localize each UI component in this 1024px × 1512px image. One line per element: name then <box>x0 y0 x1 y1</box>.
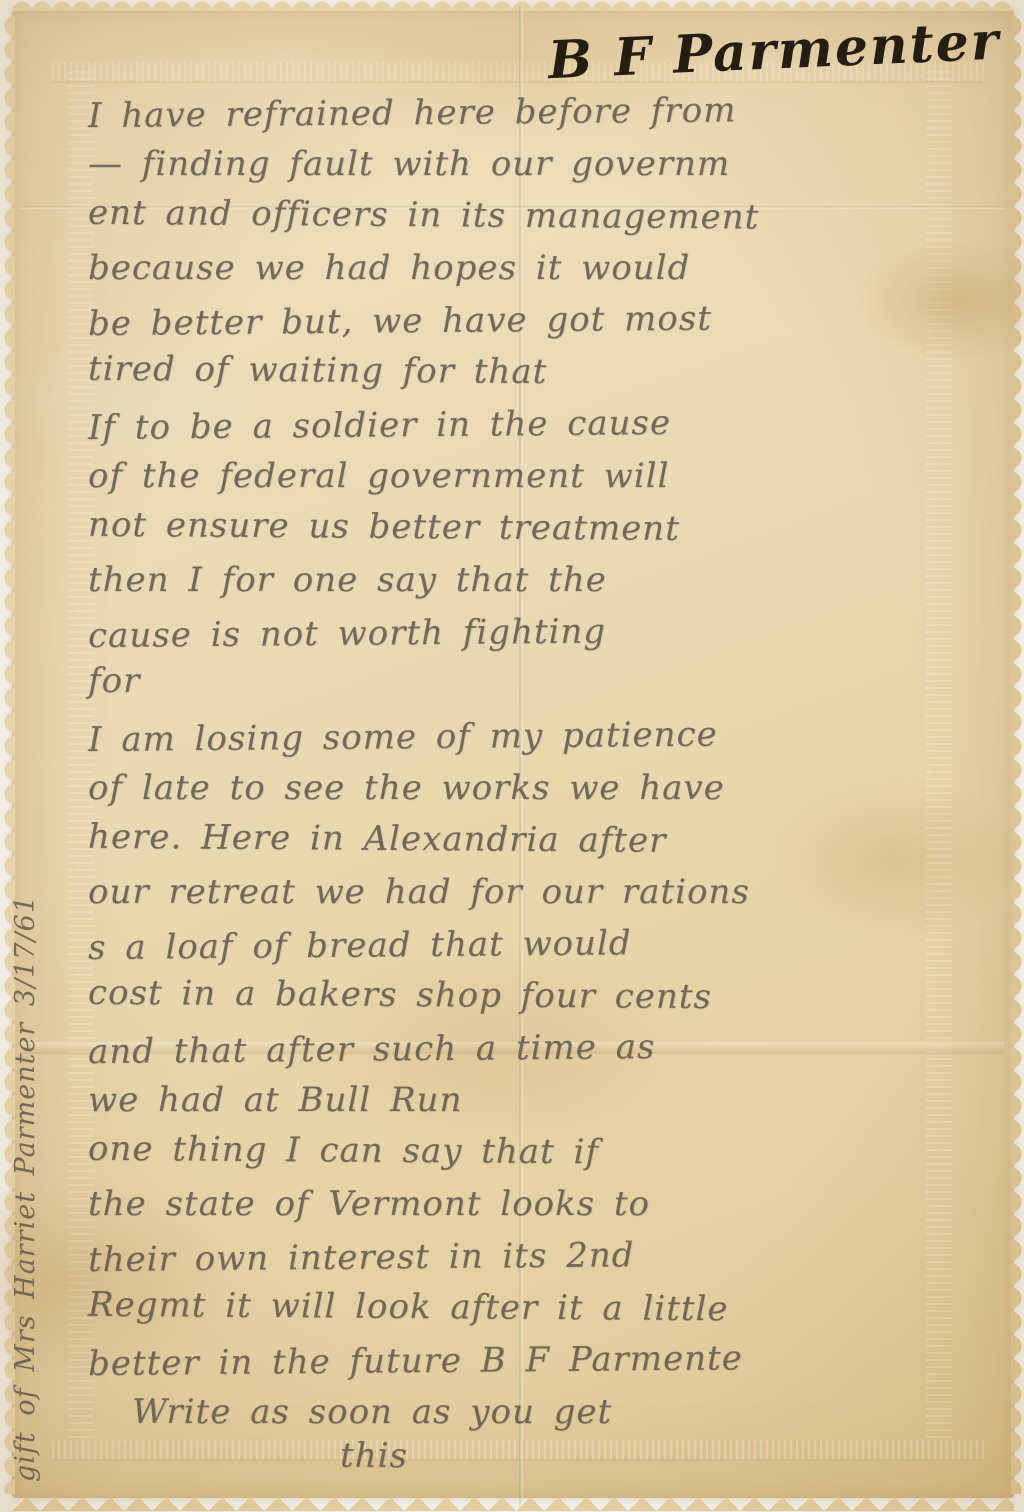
letter-line: then I for one say that the <box>88 554 1010 606</box>
letter-line: of late to see the works we have <box>88 762 1010 814</box>
letter-line: here. Here in Alexandria after <box>88 811 1010 869</box>
letter-line: If to be a soldier in the cause <box>88 394 1010 454</box>
letter-line: be better but, we have got most <box>88 290 1010 350</box>
letter-line: because we had hopes it would <box>88 242 1010 294</box>
letter-line: our retreat we had for our rations <box>88 866 1010 918</box>
letter-line: one thing I can say that if <box>88 1123 1010 1181</box>
letter-line: better in the future B F Parmente <box>88 1330 1010 1390</box>
letter-line: the state of Vermont looks to <box>88 1178 1010 1230</box>
letter-line: of the federal government will <box>88 450 1010 502</box>
letter-line: s a loaf of bread that would <box>88 914 1010 974</box>
letter-line: we had at Bull Run <box>88 1074 1010 1126</box>
letter-line: their own interest in its 2nd <box>88 1226 1010 1286</box>
letter-line: tired of waiting for that <box>88 343 1010 401</box>
letter-line: this <box>340 1436 1010 1485</box>
letter-line: cost in a bakers shop four cents <box>88 967 1010 1025</box>
letter-line: Regmt it will look after it a little <box>88 1279 1010 1337</box>
letter-line: I am losing some of my patience <box>88 706 1010 766</box>
letter-body: I have refrained here before from — find… <box>88 86 1010 1512</box>
letter-line: for <box>88 655 1010 713</box>
letter-line: cause is not worth fighting <box>88 602 1010 662</box>
letter-line: and that after such a time as <box>88 1018 1010 1078</box>
letter-line: not ensure us better treatment <box>88 499 1010 557</box>
letter-line: ent and officers in its management <box>88 187 1010 245</box>
letter-line: — finding fault with our governm <box>88 138 1010 190</box>
letter-line: I have refrained here before from <box>88 82 1010 142</box>
archival-margin-note: gift of Mrs Harriet Parmenter 3/17/61 <box>10 562 41 1482</box>
letter-line: Write as soon as you get <box>132 1386 1010 1438</box>
